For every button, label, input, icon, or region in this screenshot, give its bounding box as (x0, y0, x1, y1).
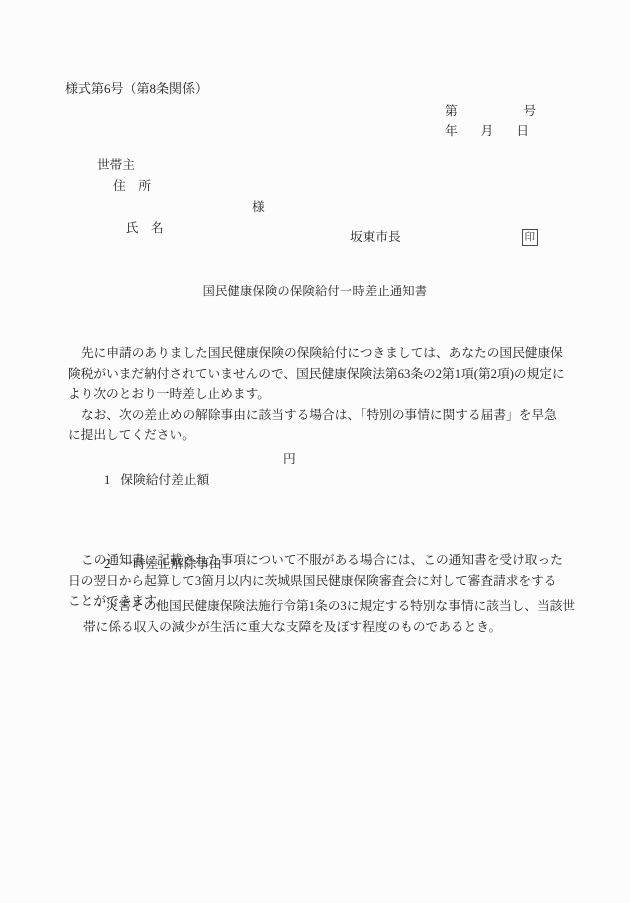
bullet-line: 帯に係る収入の減少が生活に重大な支障を及ぼす程度のものであるとき。 (68, 617, 567, 638)
item-1-unit: 円 (283, 449, 296, 470)
body-line: 険税がいまだ納付されていませんので、国民健康保険法第63条の2第1項(第2項)の… (68, 364, 567, 385)
issuer-name: 坂東市長 (350, 227, 401, 248)
householder-label: 世帯主 (97, 155, 135, 176)
name-row: 氏 名 様 (113, 197, 313, 279)
body-line: 先に申請のありました国民健康保険の保険給付につきましては、あなたの国民健康保 (68, 343, 567, 364)
closing-text: この通知書に記載された事項について不服がある場合には、この通知書を受け取った 日… (68, 550, 567, 612)
body-line: に提出してください。 (68, 425, 567, 446)
seal-mark: 印 (522, 229, 539, 246)
form-number: 様式第6号（第8条関係） (65, 79, 208, 100)
issuer-row: 坂東市長 印 (350, 227, 538, 248)
document-title: 国民健康保険の保険給付一時差止通知書 (0, 282, 630, 299)
date-month-label: 月 (481, 120, 494, 139)
document-page: 様式第6号（第8条関係） 第 号 年 月 日 世帯主 住 所 氏 名 様 坂東市… (0, 0, 630, 903)
date-line: 年 月 日 (445, 120, 529, 139)
document-number-line: 第 号 (445, 100, 536, 119)
closing-line: この通知書に記載された事項について不服がある場合には、この通知書を受け取った (68, 550, 567, 571)
body-text: 先に申請のありました国民健康保険の保険給付につきましては、あなたの国民健康保 険… (68, 343, 567, 446)
address-label: 住 所 (113, 176, 151, 197)
name-label: 氏 名 (126, 221, 164, 235)
item-1-label: 保険給付差止額 (120, 473, 209, 487)
body-line: より次のとおり一時差し止めます。 (68, 384, 567, 405)
item-1-number: 1 (104, 473, 110, 487)
closing-line: ことができます。 (68, 591, 567, 612)
doc-number-prefix: 第 (445, 100, 458, 119)
closing-line: 日の翌日から起算して3箇月以内に茨城県国民健康保険審査会に対して審査請求をする (68, 571, 567, 592)
honorific-label: 様 (252, 197, 265, 218)
date-day-label: 日 (516, 120, 529, 139)
list-item-1: 1保険給付差止額 円 (68, 449, 567, 533)
doc-number-suffix: 号 (523, 100, 536, 119)
body-line: なお、次の差止めの解除事由に該当する場合は、「特別の事情に関する届書」を早急 (68, 405, 567, 426)
date-year-label: 年 (445, 120, 458, 139)
